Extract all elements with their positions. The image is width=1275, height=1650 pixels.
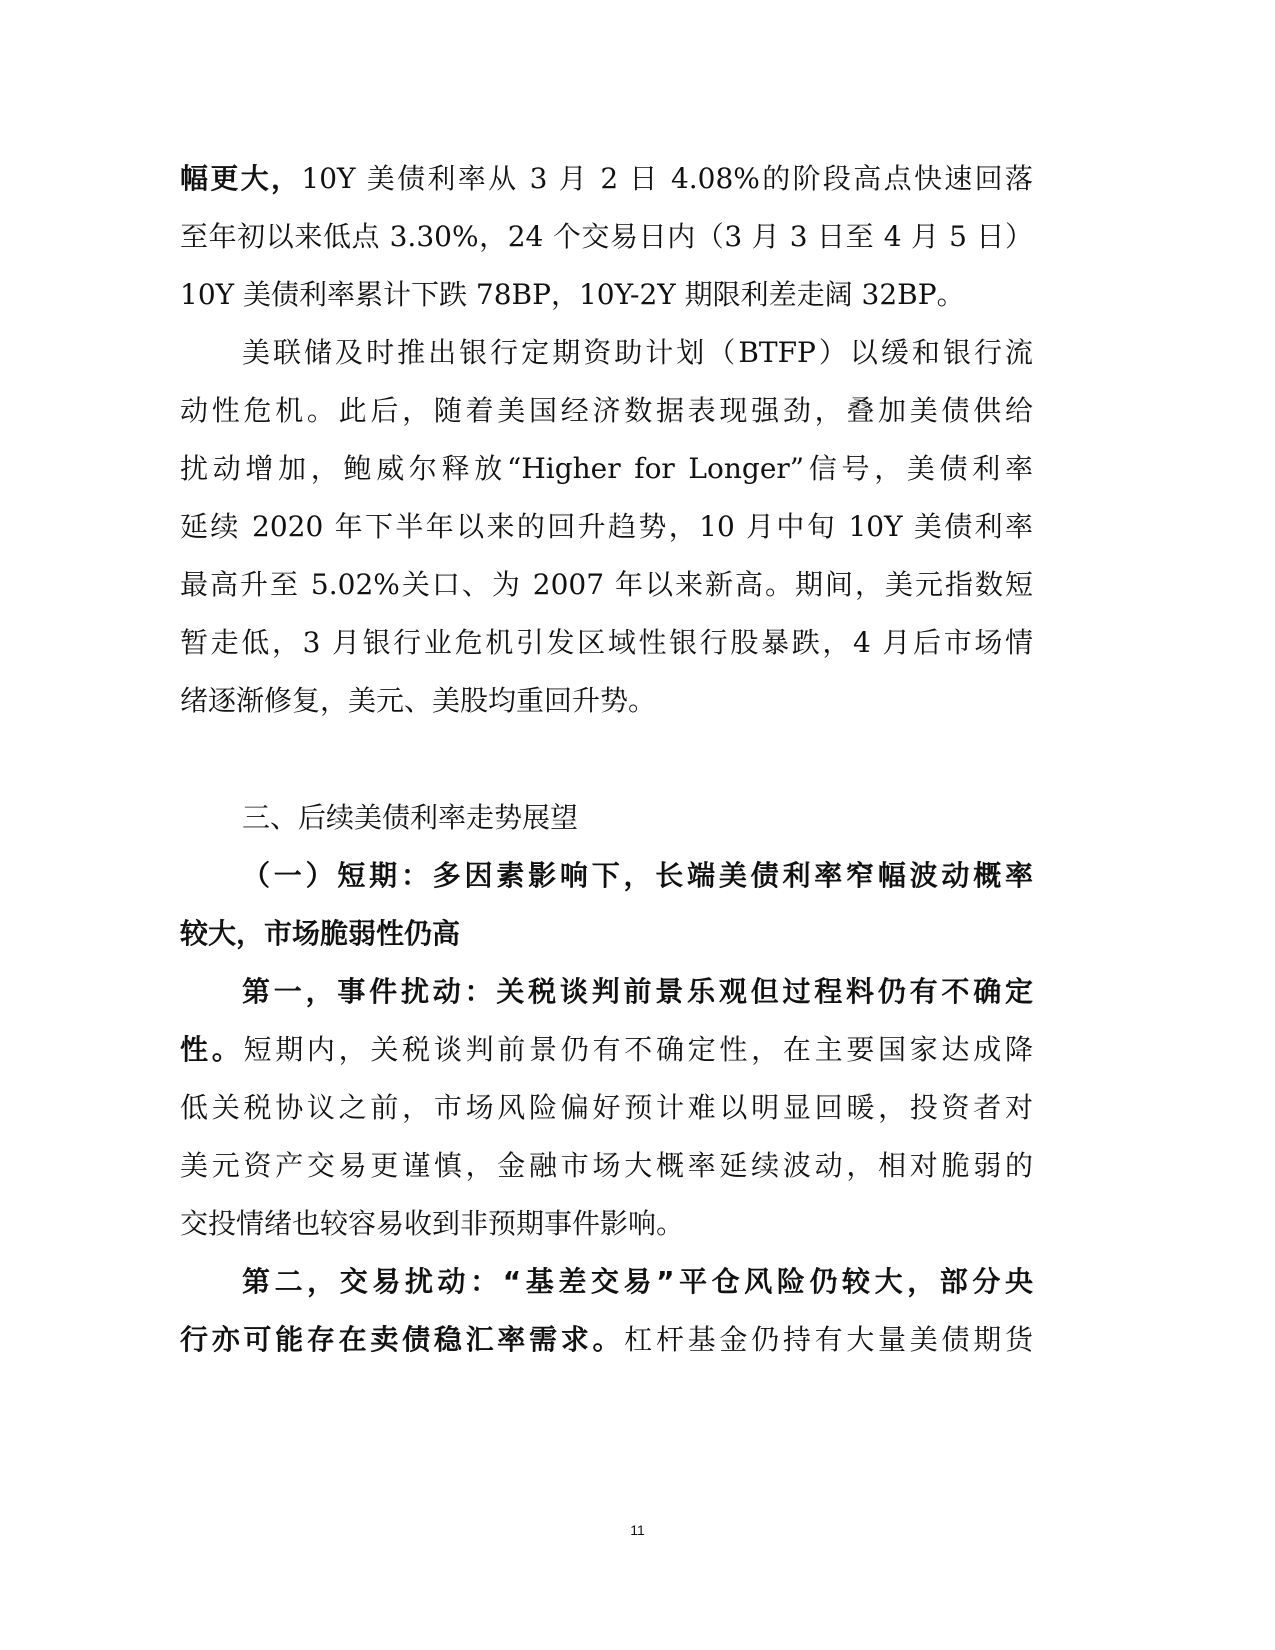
text-line: 交投情绪也较容易收到非预期事件影响。	[180, 1195, 1033, 1253]
document-page: 幅更大，10Y 美债利率从 3 月 2 日 4.08%的阶段高点快速回落 至年初…	[0, 0, 1275, 1650]
text-line: 行亦可能存在卖债稳汇率需求。杠杆基金仍持有大量美债期货	[180, 1311, 1033, 1369]
bold-lead: 第二，交易扰动：“基差交易”平仓风险仍较大，部分央	[180, 1253, 1033, 1311]
paragraph-btfp: 美联储及时推出银行定期资助计划（BTFP）以缓和银行流 动性危机。此后，随着美国…	[180, 324, 1033, 730]
bold-lead: 性。	[180, 1033, 243, 1066]
text-line: 暂走低，3 月银行业危机引发区域性银行股暴跌，4 月后市场情	[180, 614, 1033, 672]
text-line: 绪逐渐修复，美元、美股均重回升势。	[180, 672, 1033, 730]
section-heading: 三、后续美债利率走势展望	[180, 789, 1033, 847]
text-line: 扰动增加，鲍威尔释放“Higher for Longer”信号，美债利率	[180, 440, 1033, 498]
text-line: 10Y 美债利率累计下跌 78BP，10Y-2Y 期限利差走阔 32BP。	[180, 266, 1033, 324]
line-text: 杠杆基金仍持有大量美债期货	[624, 1323, 1033, 1356]
text-line: 动性危机。此后，随着美国经济数据表现强劲，叠加美债供给	[180, 382, 1033, 440]
line-text: 10Y 美债利率从 3 月 2 日 4.08%的阶段高点快速回落	[301, 162, 1033, 195]
page-number: 11	[0, 1522, 1275, 1538]
bold-lead: 第一，事件扰动：关税谈判前景乐观但过程料仍有不确定	[180, 963, 1033, 1021]
text-line: 性。短期内，关税谈判前景仍有不确定性，在主要国家达成降	[180, 1021, 1033, 1079]
bold-lead: 幅更大，	[180, 162, 301, 195]
text-line: 幅更大，10Y 美债利率从 3 月 2 日 4.08%的阶段高点快速回落	[180, 150, 1033, 208]
paragraph-trading-disturbance: 第二，交易扰动：“基差交易”平仓风险仍较大，部分央 行亦可能存在卖债稳汇率需求。…	[180, 1253, 1033, 1369]
paragraph-continuation: 幅更大，10Y 美债利率从 3 月 2 日 4.08%的阶段高点快速回落 至年初…	[180, 150, 1033, 324]
text-line: 低关税协议之前，市场风险偏好预计难以明显回暖，投资者对	[180, 1079, 1033, 1137]
text-line: 美联储及时推出银行定期资助计划（BTFP）以缓和银行流	[180, 324, 1033, 382]
line-text: 短期内，关税谈判前景仍有不确定性，在主要国家达成降	[243, 1033, 1033, 1066]
heading-line: 较大，市场脆弱性仍高	[180, 905, 1033, 963]
section-gap	[180, 730, 1033, 789]
paragraph-event-disturbance: 第一，事件扰动：关税谈判前景乐观但过程料仍有不确定 性。短期内，关税谈判前景仍有…	[180, 963, 1033, 1253]
text-line: 至年初以来低点 3.30%，24 个交易日内（3 月 3 日至 4 月 5 日）	[180, 208, 1033, 266]
subsection-heading: （一）短期：多因素影响下，长端美债利率窄幅波动概率 较大，市场脆弱性仍高	[180, 847, 1033, 963]
text-line: 延续 2020 年下半年以来的回升趋势，10 月中旬 10Y 美债利率	[180, 498, 1033, 556]
document-body: 幅更大，10Y 美债利率从 3 月 2 日 4.08%的阶段高点快速回落 至年初…	[180, 150, 1033, 1369]
text-line: 最高升至 5.02%关口、为 2007 年以来新高。期间，美元指数短	[180, 556, 1033, 614]
heading-line: （一）短期：多因素影响下，长端美债利率窄幅波动概率	[180, 847, 1033, 905]
text-line: 美元资产交易更谨慎，金融市场大概率延续波动，相对脆弱的	[180, 1137, 1033, 1195]
bold-lead: 行亦可能存在卖债稳汇率需求。	[180, 1323, 624, 1356]
